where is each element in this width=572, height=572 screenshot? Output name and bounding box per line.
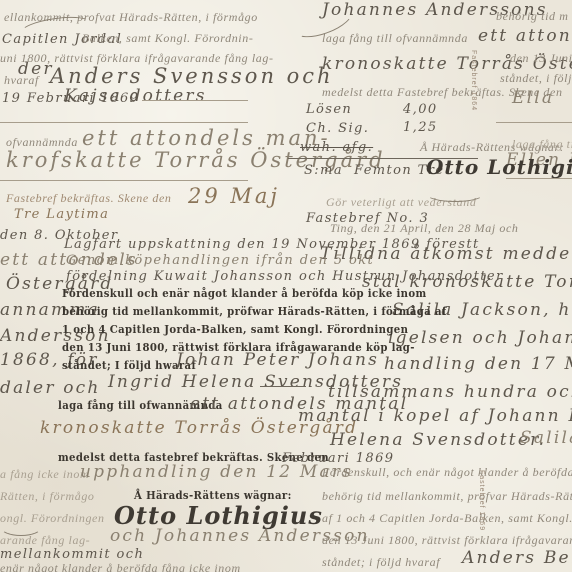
hand-line: Ella: [512, 90, 554, 107]
print-line: Balken, samt Kongl. Förordnin-: [82, 32, 253, 44]
hand-line: handling den 17 Mars 18: [384, 356, 572, 373]
hand-line: mantal i kopel af Johann Peter Joh: [298, 408, 572, 425]
hand-line: 29 Maj: [188, 186, 280, 207]
hand-line: ett attondels: [478, 28, 572, 45]
print-line: Rätten, i förmågo: [0, 490, 95, 502]
hand-line: Salila: [520, 430, 572, 447]
hand-line: daler och: [0, 380, 101, 397]
hand-line: igelsen och Johannes An: [388, 330, 572, 347]
print-line: behörig tid m: [496, 10, 568, 22]
fraktur-line: 1 och 4 Capitlen Jorda-Balken, samt Kong…: [62, 324, 408, 336]
hand-line: mellankommit och: [0, 548, 144, 561]
signature-lothigius: Otto Lothigius: [426, 157, 572, 177]
fee-label-losen: Lösen: [306, 103, 352, 116]
print-line: af 1 och 4 Capitlen Jorda-Balken, samt K…: [322, 512, 572, 524]
print-line: laga fång till ofvannämnda: [322, 32, 468, 44]
hand-line: Februari 1869: [282, 452, 394, 465]
divider-rule: [0, 122, 248, 123]
divider-rule: [0, 180, 248, 181]
hand-line: Genom köpehandlingen ifrån den 5 okt: [66, 254, 374, 267]
fraktur-line: Å Härads-Rättens wägnar:: [134, 490, 292, 502]
fee-value-losen: 4,00: [403, 103, 438, 116]
fee-label-ch-sig: Ch. Sig.: [306, 122, 369, 135]
hand-line: upphandling den 12 Mars: [80, 464, 353, 481]
fee-label-struck: wah. afg.: [300, 141, 373, 154]
revenue-stamp: Fastebref 1864: [470, 50, 477, 111]
print-line: Fastebref bekräftas. Skene den: [6, 192, 172, 204]
divider-rule: [496, 122, 572, 123]
print-line: ofvannämnda: [6, 136, 78, 148]
print-line: a fång icke inom: [0, 468, 89, 480]
signature-rule: [260, 386, 306, 387]
print-line: hvaraf: [4, 74, 39, 86]
hand-line: Lagfart uppskattning den 19 November 186…: [64, 238, 480, 251]
print-line: enär något klander å beröfda fång icke i…: [0, 562, 241, 572]
print-line: arande fång lag-: [0, 534, 90, 546]
hand-line: Tre Laytima: [14, 208, 109, 221]
hand-line: fördelning Kuwait Johansson och Hustrun …: [66, 270, 504, 283]
print-line: den 13 Juni: [510, 52, 572, 64]
hand-line: Ingrid Helena Svensdotters: [108, 374, 403, 391]
divider-rule: [506, 178, 572, 179]
document-paper: ellankommit, profvat Härads-Rätten, i fö…: [0, 0, 572, 572]
print-line: ståndet; i följd hvaraf: [322, 556, 440, 568]
hand-line: Anders Svensson och: [50, 66, 334, 87]
hand-line: Helena Svensdotter.: [330, 432, 546, 449]
print-line: laga fång till: [512, 138, 572, 150]
signature-otto-lothigius: Otto Lothigius: [114, 504, 323, 528]
print-line: behörig tid mellankommit, profvar Härads…: [322, 490, 572, 502]
hand-line: ett attondels man-: [82, 128, 331, 149]
print-line: Fördenskull, och enär något klander å be…: [322, 466, 572, 478]
print-line: ståndet, i följd: [500, 72, 572, 84]
fraktur-line: behörig tid mellankommit, pröfwar Härads…: [62, 306, 447, 318]
hand-line: Anders Bengtsson: [462, 550, 572, 567]
fee-value-ch-sig: 1,25: [403, 121, 438, 134]
fraktur-line: Fördenskull och enär något klander å ber…: [62, 288, 427, 300]
print-line: Ting, den 21 April, den 28 Maj och: [330, 222, 519, 234]
signature-rule: [142, 100, 248, 101]
print-line: den 13 Juni 1800, rättvist förklara ifrå…: [322, 534, 572, 546]
revenue-stamp: Fastebref 1869: [478, 470, 485, 531]
flourish-swash: [426, 186, 484, 202]
hand-line: Kajsa dotters: [64, 88, 207, 105]
flourish-swash: [0, 518, 42, 536]
fee-total-label: S:ma: [304, 164, 343, 177]
hand-line: Johan Peter Johans: [176, 352, 379, 369]
